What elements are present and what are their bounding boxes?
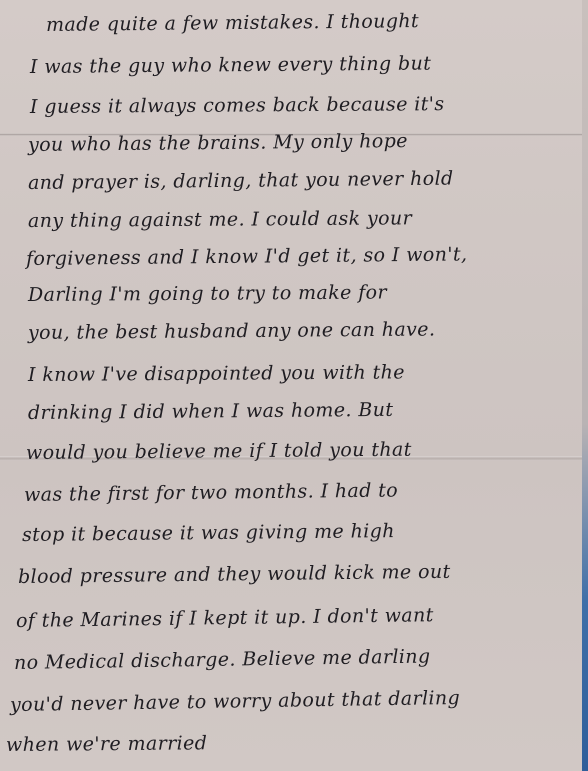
letter-line: any thing against me. I could ask your bbox=[28, 207, 412, 232]
letter-line: Darling I'm going to try to make for bbox=[28, 281, 387, 306]
letter-line: you who has the brains. My only hope bbox=[28, 130, 408, 156]
letter-line: you, the best husband any one can have. bbox=[28, 318, 436, 344]
letter-line: and prayer is, darling, that you never h… bbox=[28, 168, 454, 194]
letter-line: I know I've disappointed you with the bbox=[28, 361, 405, 386]
letter-line: I guess it always comes back because it'… bbox=[30, 93, 445, 118]
letter-line: you'd never have to worry about that dar… bbox=[10, 687, 460, 716]
letter-line: would you believe me if I told you that bbox=[26, 439, 412, 464]
letter-line: blood pressure and they would kick me ou… bbox=[18, 561, 451, 588]
letter-line: was the first for two months. I had to bbox=[24, 479, 398, 506]
letter-line: drinking I did when I was home. But bbox=[28, 399, 394, 424]
letter-line: when we're married bbox=[6, 732, 207, 756]
letter-page: made quite a few mistakes. I thought I w… bbox=[0, 0, 588, 771]
letter-line: no Medical discharge. Believe me darling bbox=[14, 645, 431, 674]
letter-line: stop it because it was giving me high bbox=[22, 520, 395, 546]
letter-line: I was the guy who knew every thing but bbox=[30, 52, 431, 78]
letter-line: made quite a few mistakes. I thought bbox=[46, 10, 419, 36]
letter-line: forgiveness and I know I'd get it, so I … bbox=[26, 243, 468, 270]
handwritten-text: made quite a few mistakes. I thought I w… bbox=[0, 0, 588, 771]
letter-line: of the Marines if I kept it up. I don't … bbox=[16, 604, 434, 632]
